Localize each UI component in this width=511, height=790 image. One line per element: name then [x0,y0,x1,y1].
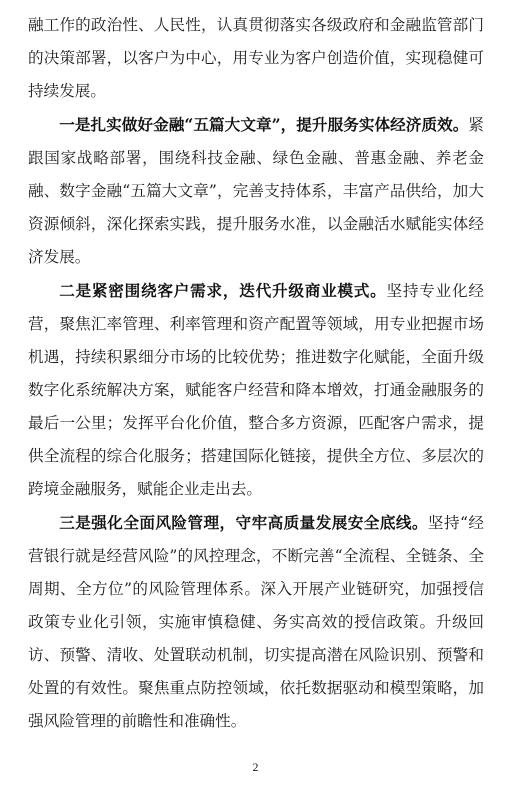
page-body: 融工作的政治性、人民性，认真贯彻落实各级政府和金融监管部门的决策部署，以客户为中… [0,0,511,738]
paragraph-point-two: 二是紧密围绕客户需求，迭代升级商业模式。坚持专业化经营，聚焦汇率管理、利率管理和… [28,274,484,506]
paragraph-body: 融工作的政治性、人民性，认真贯彻落实各级政府和金融监管部门的决策部署，以客户为中… [28,16,484,100]
paragraph-point-three: 三是强化全面风险管理，守牢高质量发展安全底线。坚持“经营银行就是经营风险”的风控… [28,506,484,738]
paragraph-lead: 一是扎实做好金融“五篇大文章”，提升服务实体经济质效。 [59,115,468,134]
paragraph-lead: 二是紧密围绕客户需求，迭代升级商业模式。 [59,281,386,300]
paragraph-lead: 三是强化全面风险管理，守牢高质量发展安全底线。 [59,513,428,532]
page-number: 2 [0,760,511,775]
paragraph-body: 坚持“经营银行就是经营风险”的风控理念，不断完善“全流程、全链条、全周期、全方位… [28,514,484,730]
document-page: 融工作的政治性、人民性，认真贯彻落实各级政府和金融监管部门的决策部署，以客户为中… [0,0,511,790]
paragraph-point-one: 一是扎实做好金融“五篇大文章”，提升服务实体经济质效。紧跟国家战略部署，围绕科技… [28,108,484,274]
paragraph-continuation: 融工作的政治性、人民性，认真贯彻落实各级政府和金融监管部门的决策部署，以客户为中… [28,8,484,108]
paragraph-body: 紧跟国家战略部署，围绕科技金融、绿色金融、普惠金融、养老金融、数字金融“五篇大文… [28,116,484,266]
paragraph-body: 坚持专业化经营，聚焦汇率管理、利率管理和资产配置等领域，用专业把握市场机遇，持续… [28,282,484,498]
